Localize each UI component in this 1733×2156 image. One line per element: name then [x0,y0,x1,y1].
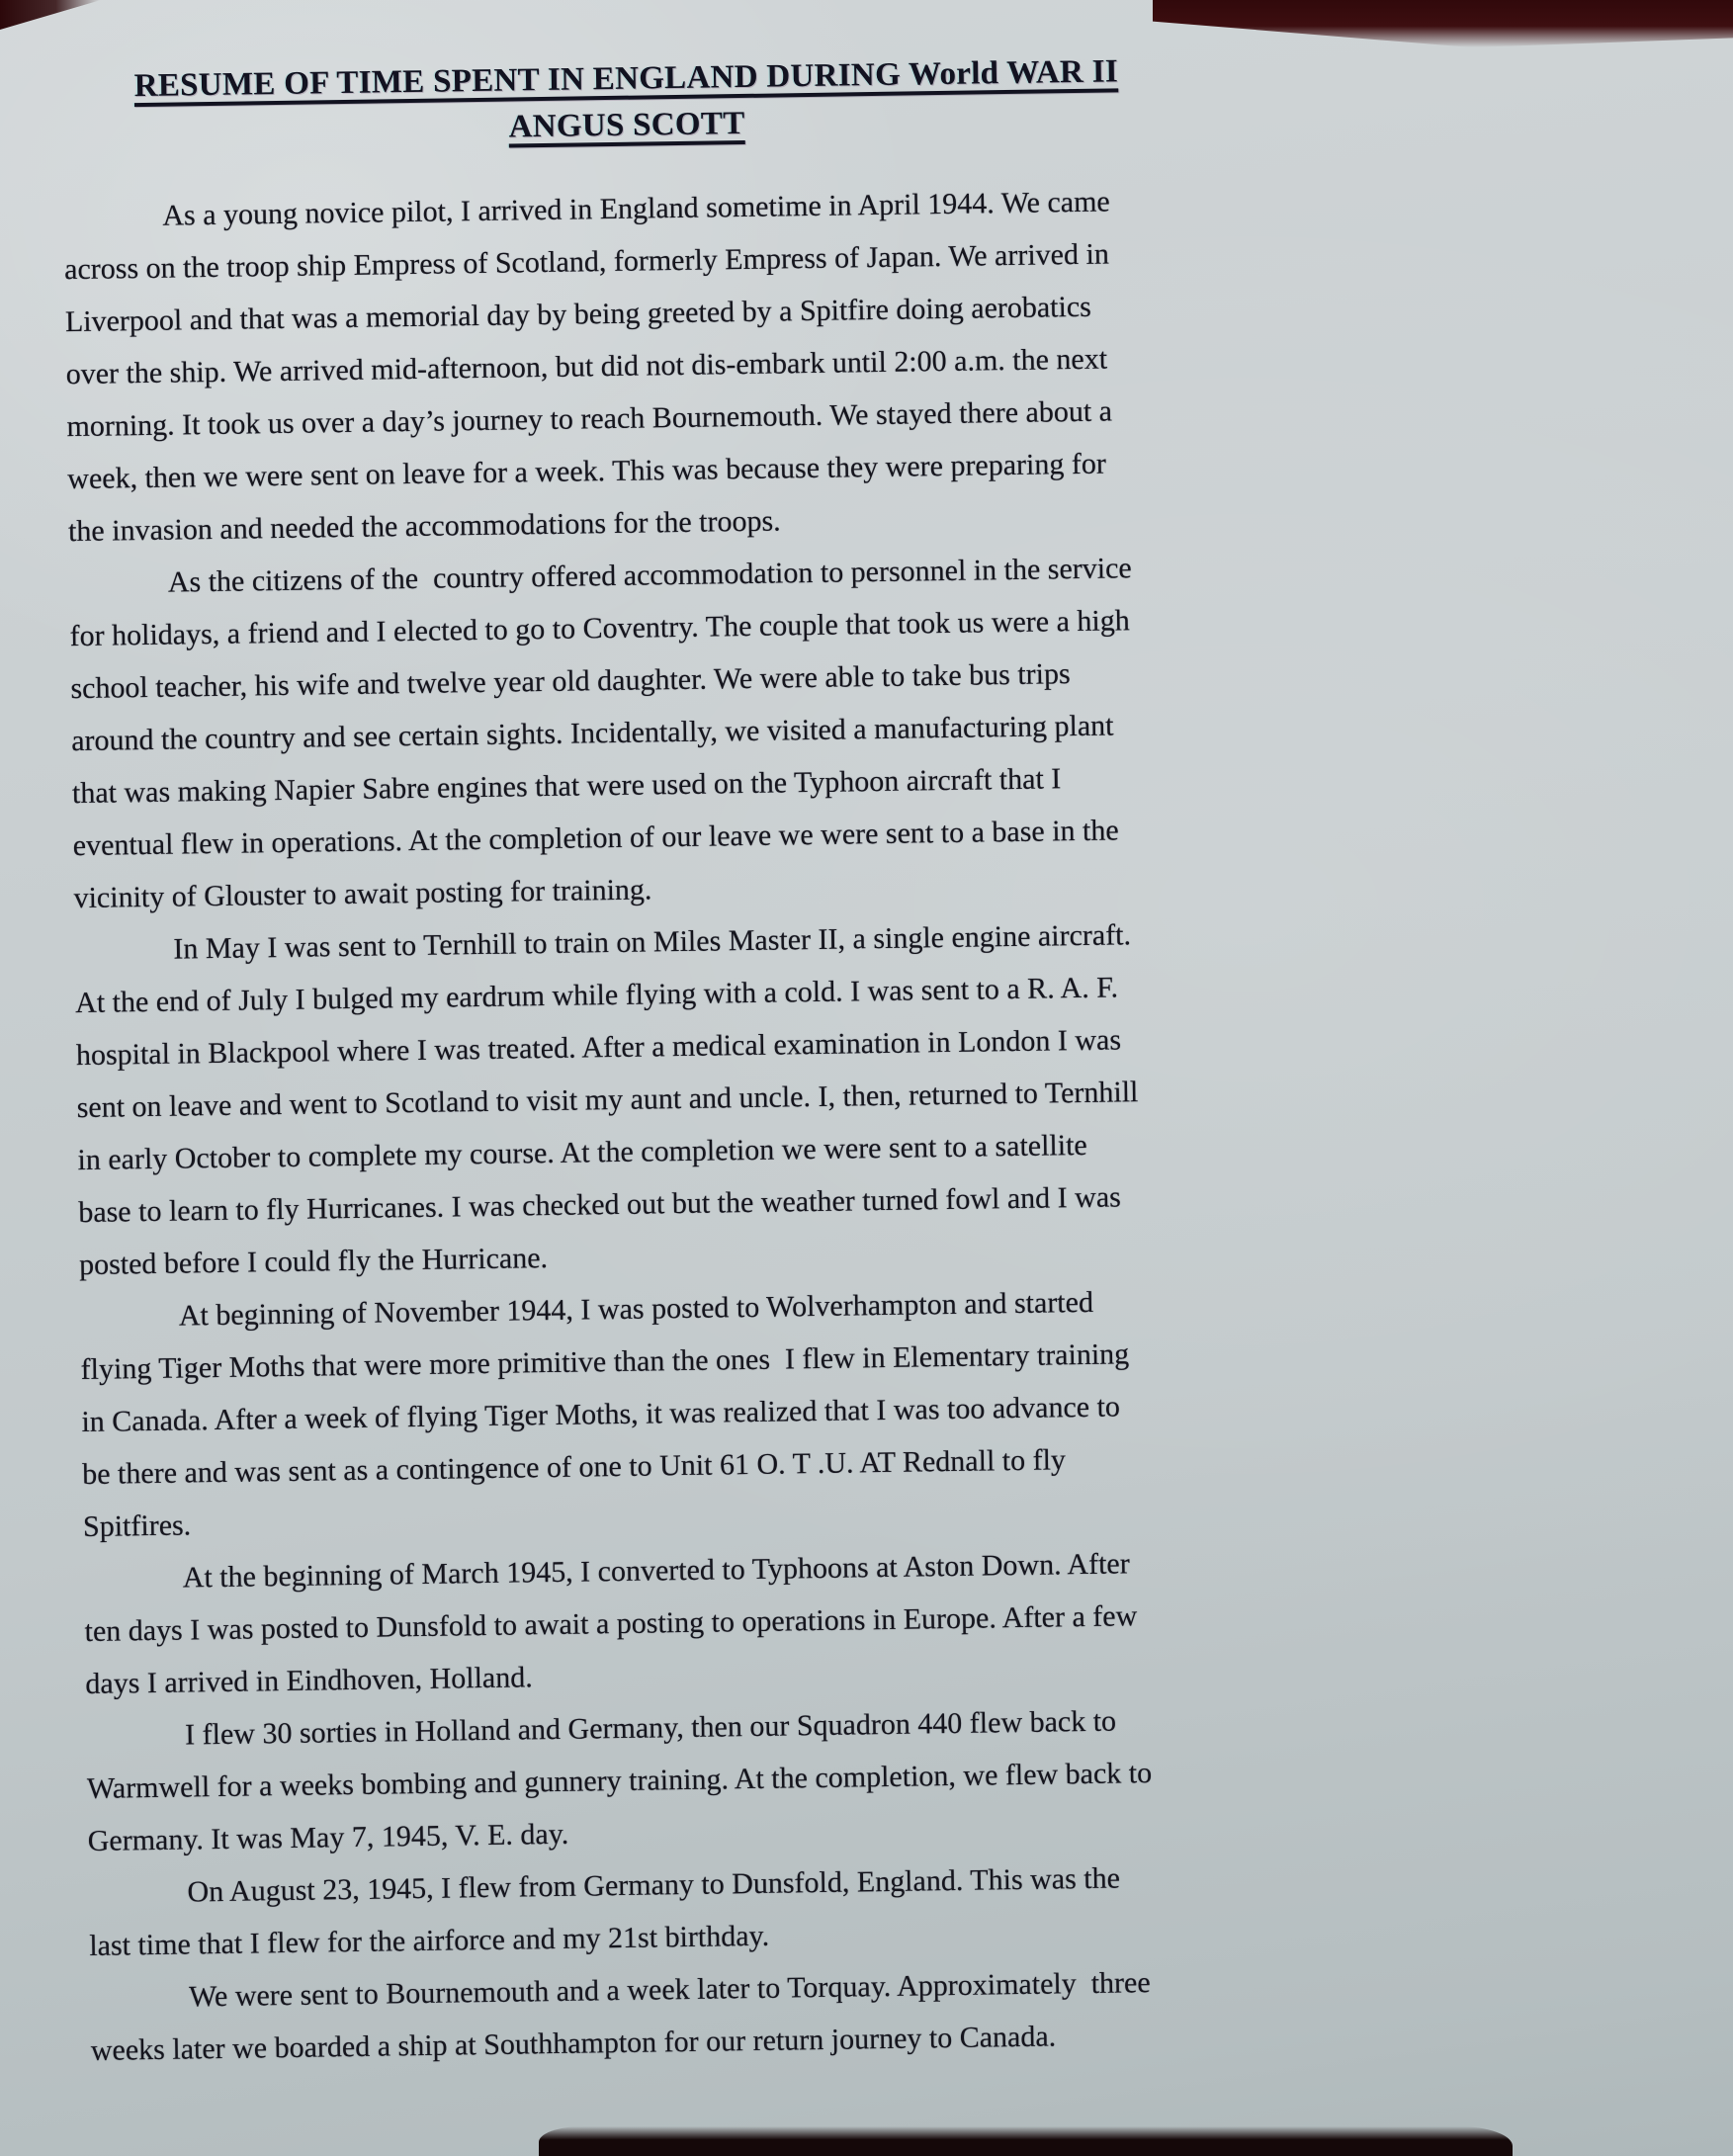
paragraph: As the citizens of the country offered a… [68,541,1202,924]
paragraph: As a young novice pilot, I arrived in En… [63,174,1197,558]
paragraph: At beginning of November 1944, I was pos… [79,1274,1212,1553]
paragraph: We were sent to Bournemouth and a week l… [90,1955,1220,2077]
document-title: RESUME OF TIME SPENT IN ENGLAND DURING W… [61,47,1191,157]
paragraph: At the beginning of March 1945, I conver… [83,1536,1214,1710]
photo-edge-top-right [1153,0,1733,47]
document-page: RESUME OF TIME SPENT IN ENGLAND DURING W… [61,47,1220,2077]
paragraph: On August 23, 1945, I flew from Germany … [88,1851,1218,1972]
document-body: As a young novice pilot, I arrived in En… [63,174,1220,2077]
photograph-of-document: RESUME OF TIME SPENT IN ENGLAND DURING W… [0,0,1733,2156]
paragraph: I flew 30 sorties in Holland and Germany… [86,1693,1217,1867]
photo-edge-top-left [0,0,101,30]
photo-edge-bottom [539,2126,1513,2156]
paragraph: In May I was sent to Ternhill to train o… [74,907,1208,1291]
